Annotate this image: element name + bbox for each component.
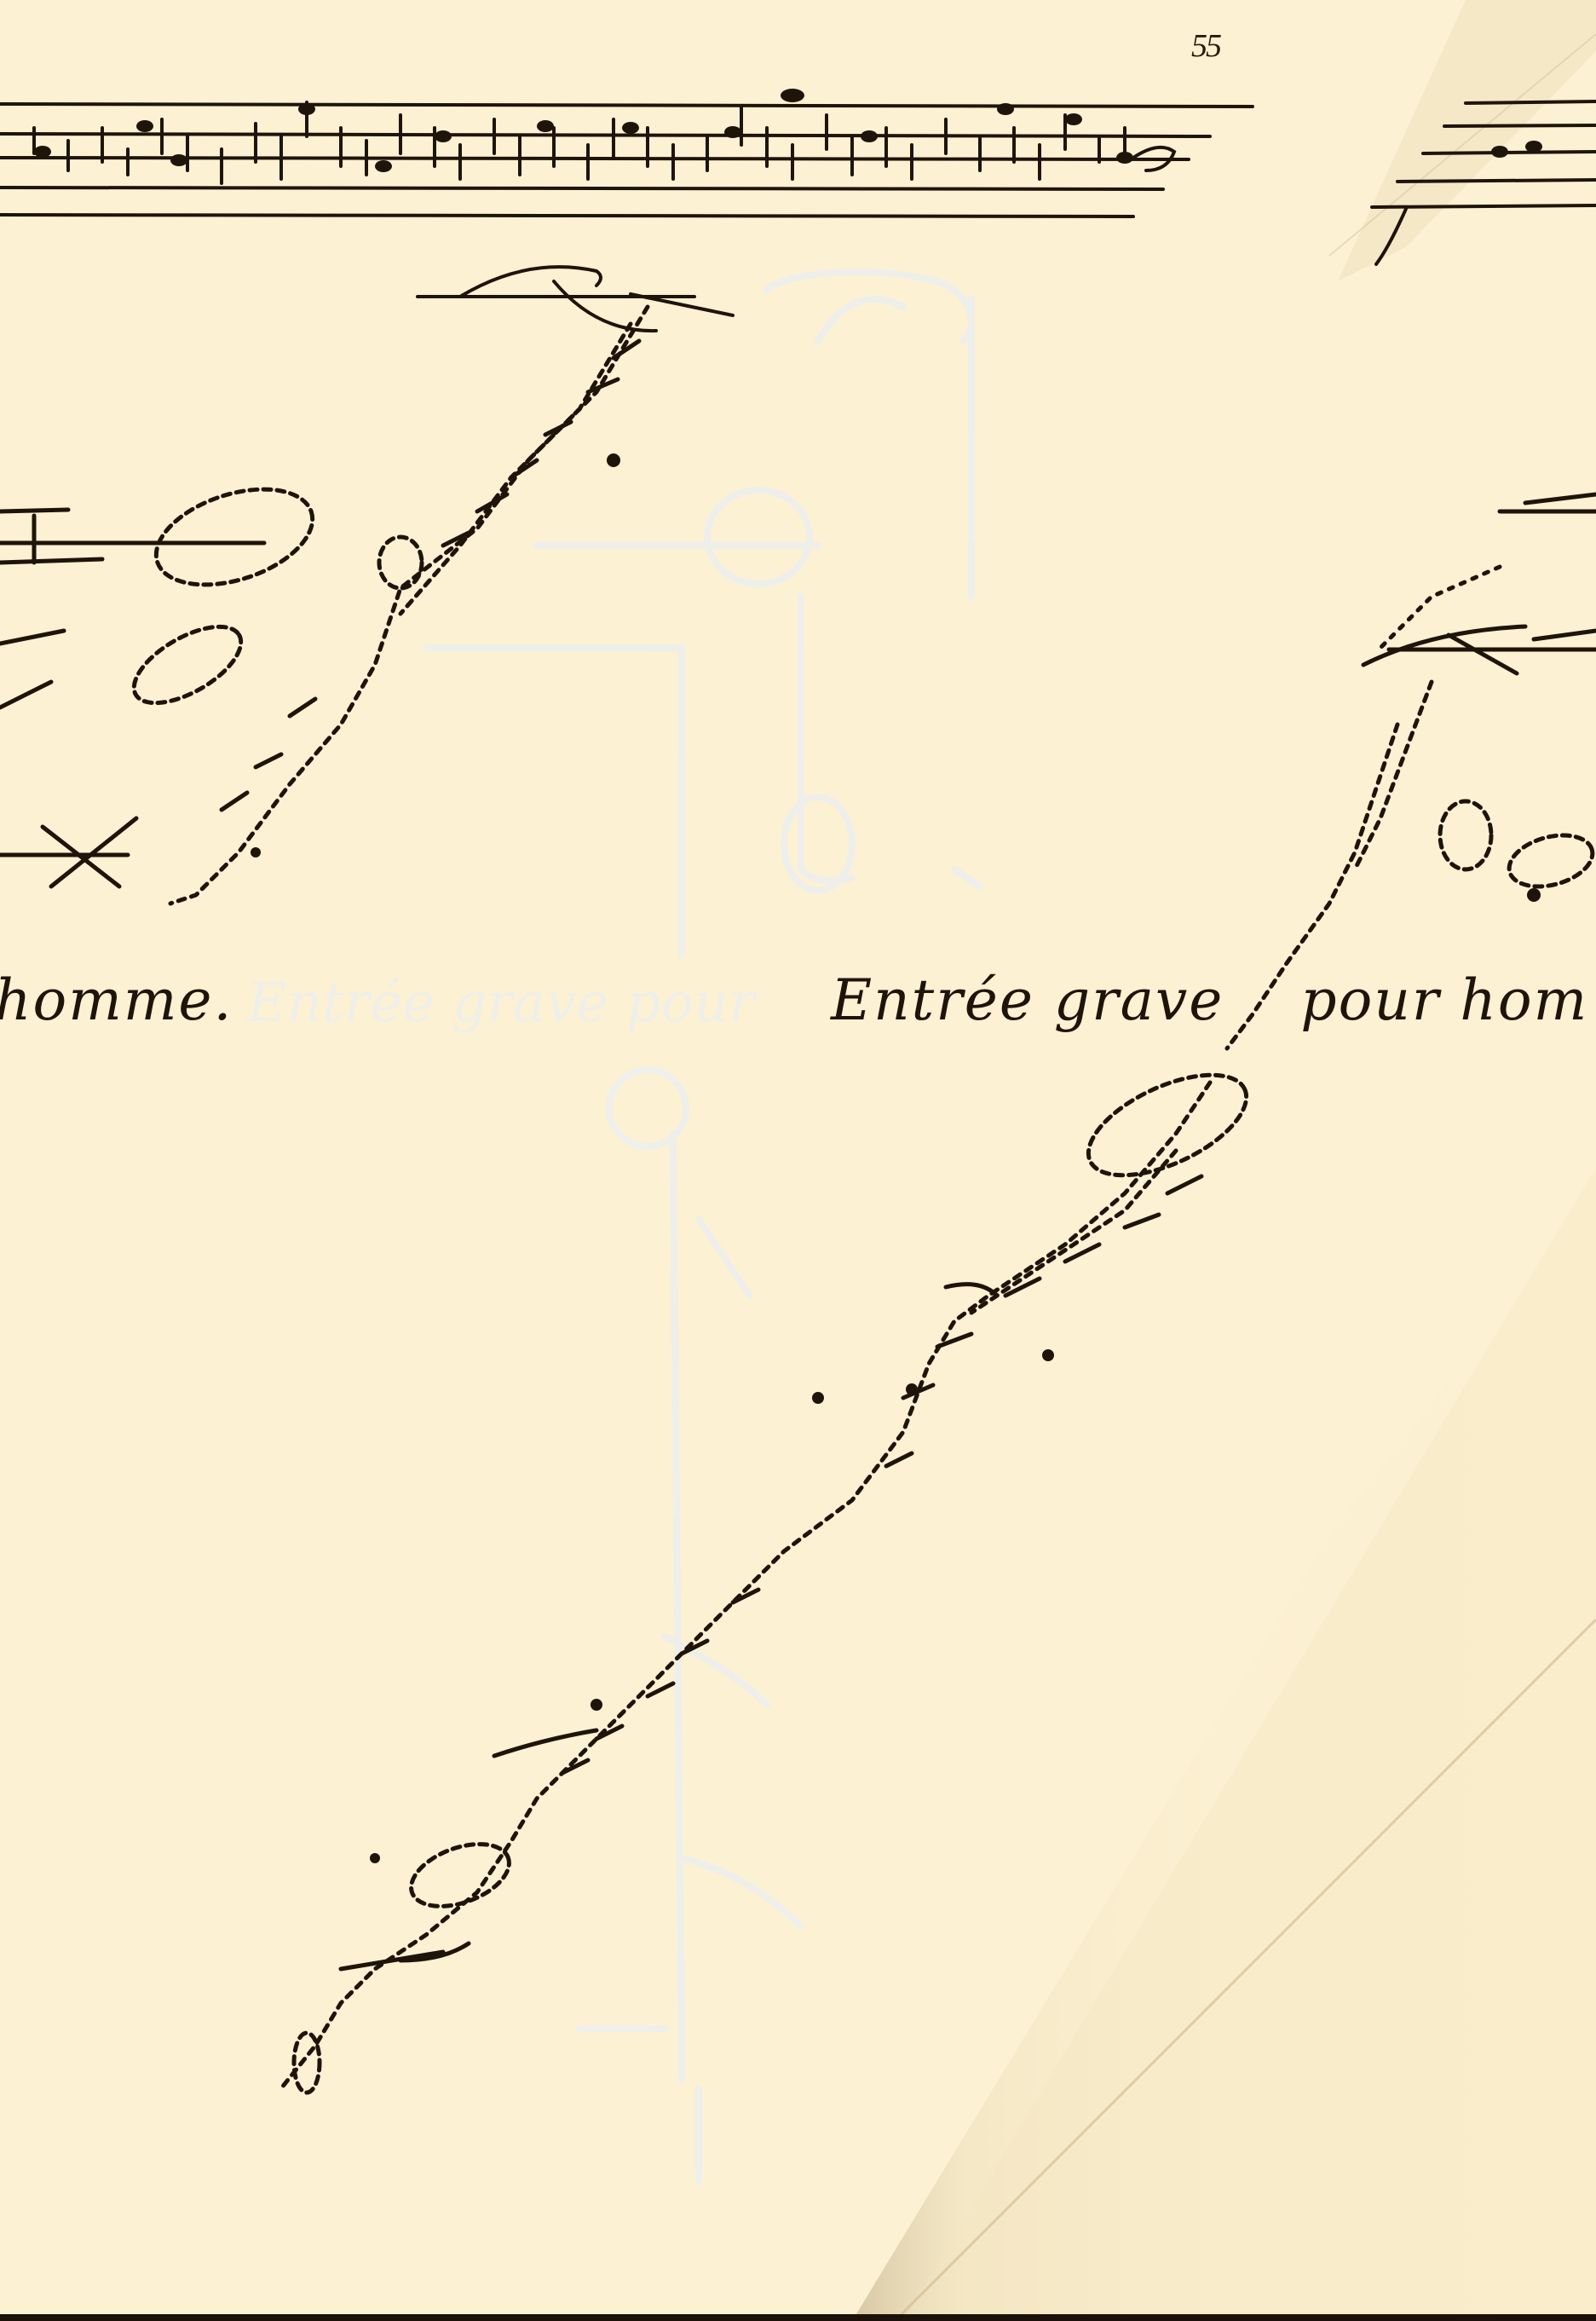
scan-border <box>0 2314 1596 2321</box>
title-part-2: pour hom <box>1300 967 1588 1033</box>
dance-title-continuation: homme. <box>0 967 233 1033</box>
title-part-1: Entrée grave <box>831 967 1224 1033</box>
dance-title: Entrée gravepour hom <box>831 967 1588 1033</box>
dance-notation-figure <box>0 0 1596 2321</box>
